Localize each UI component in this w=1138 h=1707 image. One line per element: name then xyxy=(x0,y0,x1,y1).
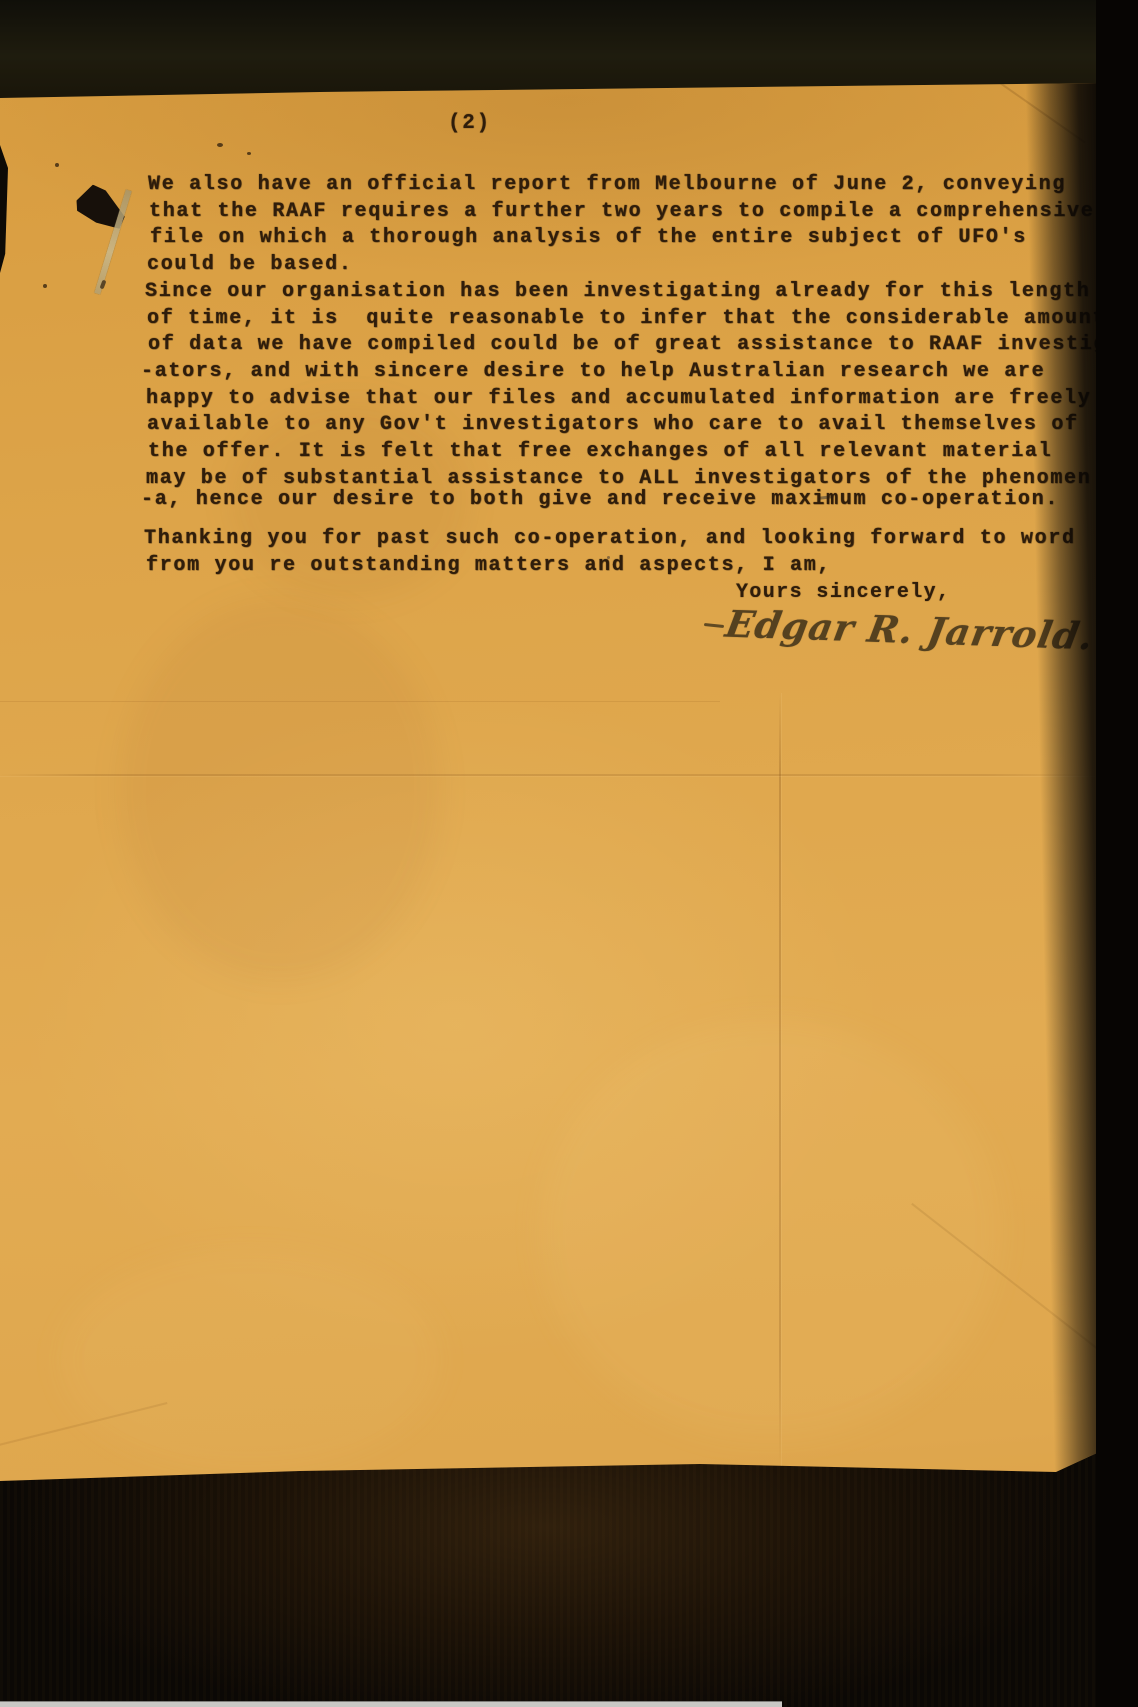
typed-line: of time, it is quite reasonable to infer… xyxy=(147,307,1106,330)
dark-background-bottom xyxy=(0,1450,1138,1707)
typed-line: -ators, and with sincere desire to help … xyxy=(141,360,1045,383)
scanner-edge-strip xyxy=(0,1701,782,1707)
typed-line: from you re outstanding matters and aspe… xyxy=(146,554,831,577)
letter-page: (2) We also have an official report from… xyxy=(0,0,1138,1707)
typed-line: Since our organisation has been investig… xyxy=(145,280,1090,303)
typed-line: Thanking you for past such co-operation,… xyxy=(144,527,1076,550)
typed-line: We also have an official report from Mel… xyxy=(148,173,1066,196)
ink-speck xyxy=(43,284,47,288)
fold-crease-vertical xyxy=(779,693,781,1468)
paper-stain xyxy=(120,600,440,980)
typed-line: available to any Gov't investigators who… xyxy=(147,413,1079,436)
ink-speck xyxy=(217,143,223,147)
typed-line: happy to advise that our files and accum… xyxy=(146,387,1091,410)
typed-line: the offer. It is felt that free exchange… xyxy=(148,440,1052,463)
paper-stain xyxy=(60,1250,440,1470)
fold-crease-horizontal xyxy=(0,774,1095,776)
closing-salutation: Yours sincerely, xyxy=(736,581,950,604)
ink-speck xyxy=(247,152,251,155)
typed-line: could be based. xyxy=(147,253,353,276)
typed-line: of data we have compiled could be of gre… xyxy=(148,333,1107,356)
fold-crease-horizontal-faint xyxy=(0,701,720,702)
scanned-letter-photo: (2) We also have an official report from… xyxy=(0,0,1138,1707)
typed-line: may be of substantial assistance to ALL … xyxy=(146,467,1091,490)
typed-line: that the RAAF requires a further two yea… xyxy=(149,200,1094,223)
signature-lead-stroke xyxy=(704,623,724,628)
typed-line: -a, hence our desire to both give and re… xyxy=(141,488,1059,511)
dark-background-right xyxy=(1096,0,1138,1707)
typed-line: file on which a thorough analysis of the… xyxy=(150,226,1027,249)
paper-edge-notch xyxy=(0,145,8,273)
page-number: (2) xyxy=(448,112,491,135)
paper-stain xyxy=(540,1020,1000,1440)
ink-speck xyxy=(55,163,59,167)
